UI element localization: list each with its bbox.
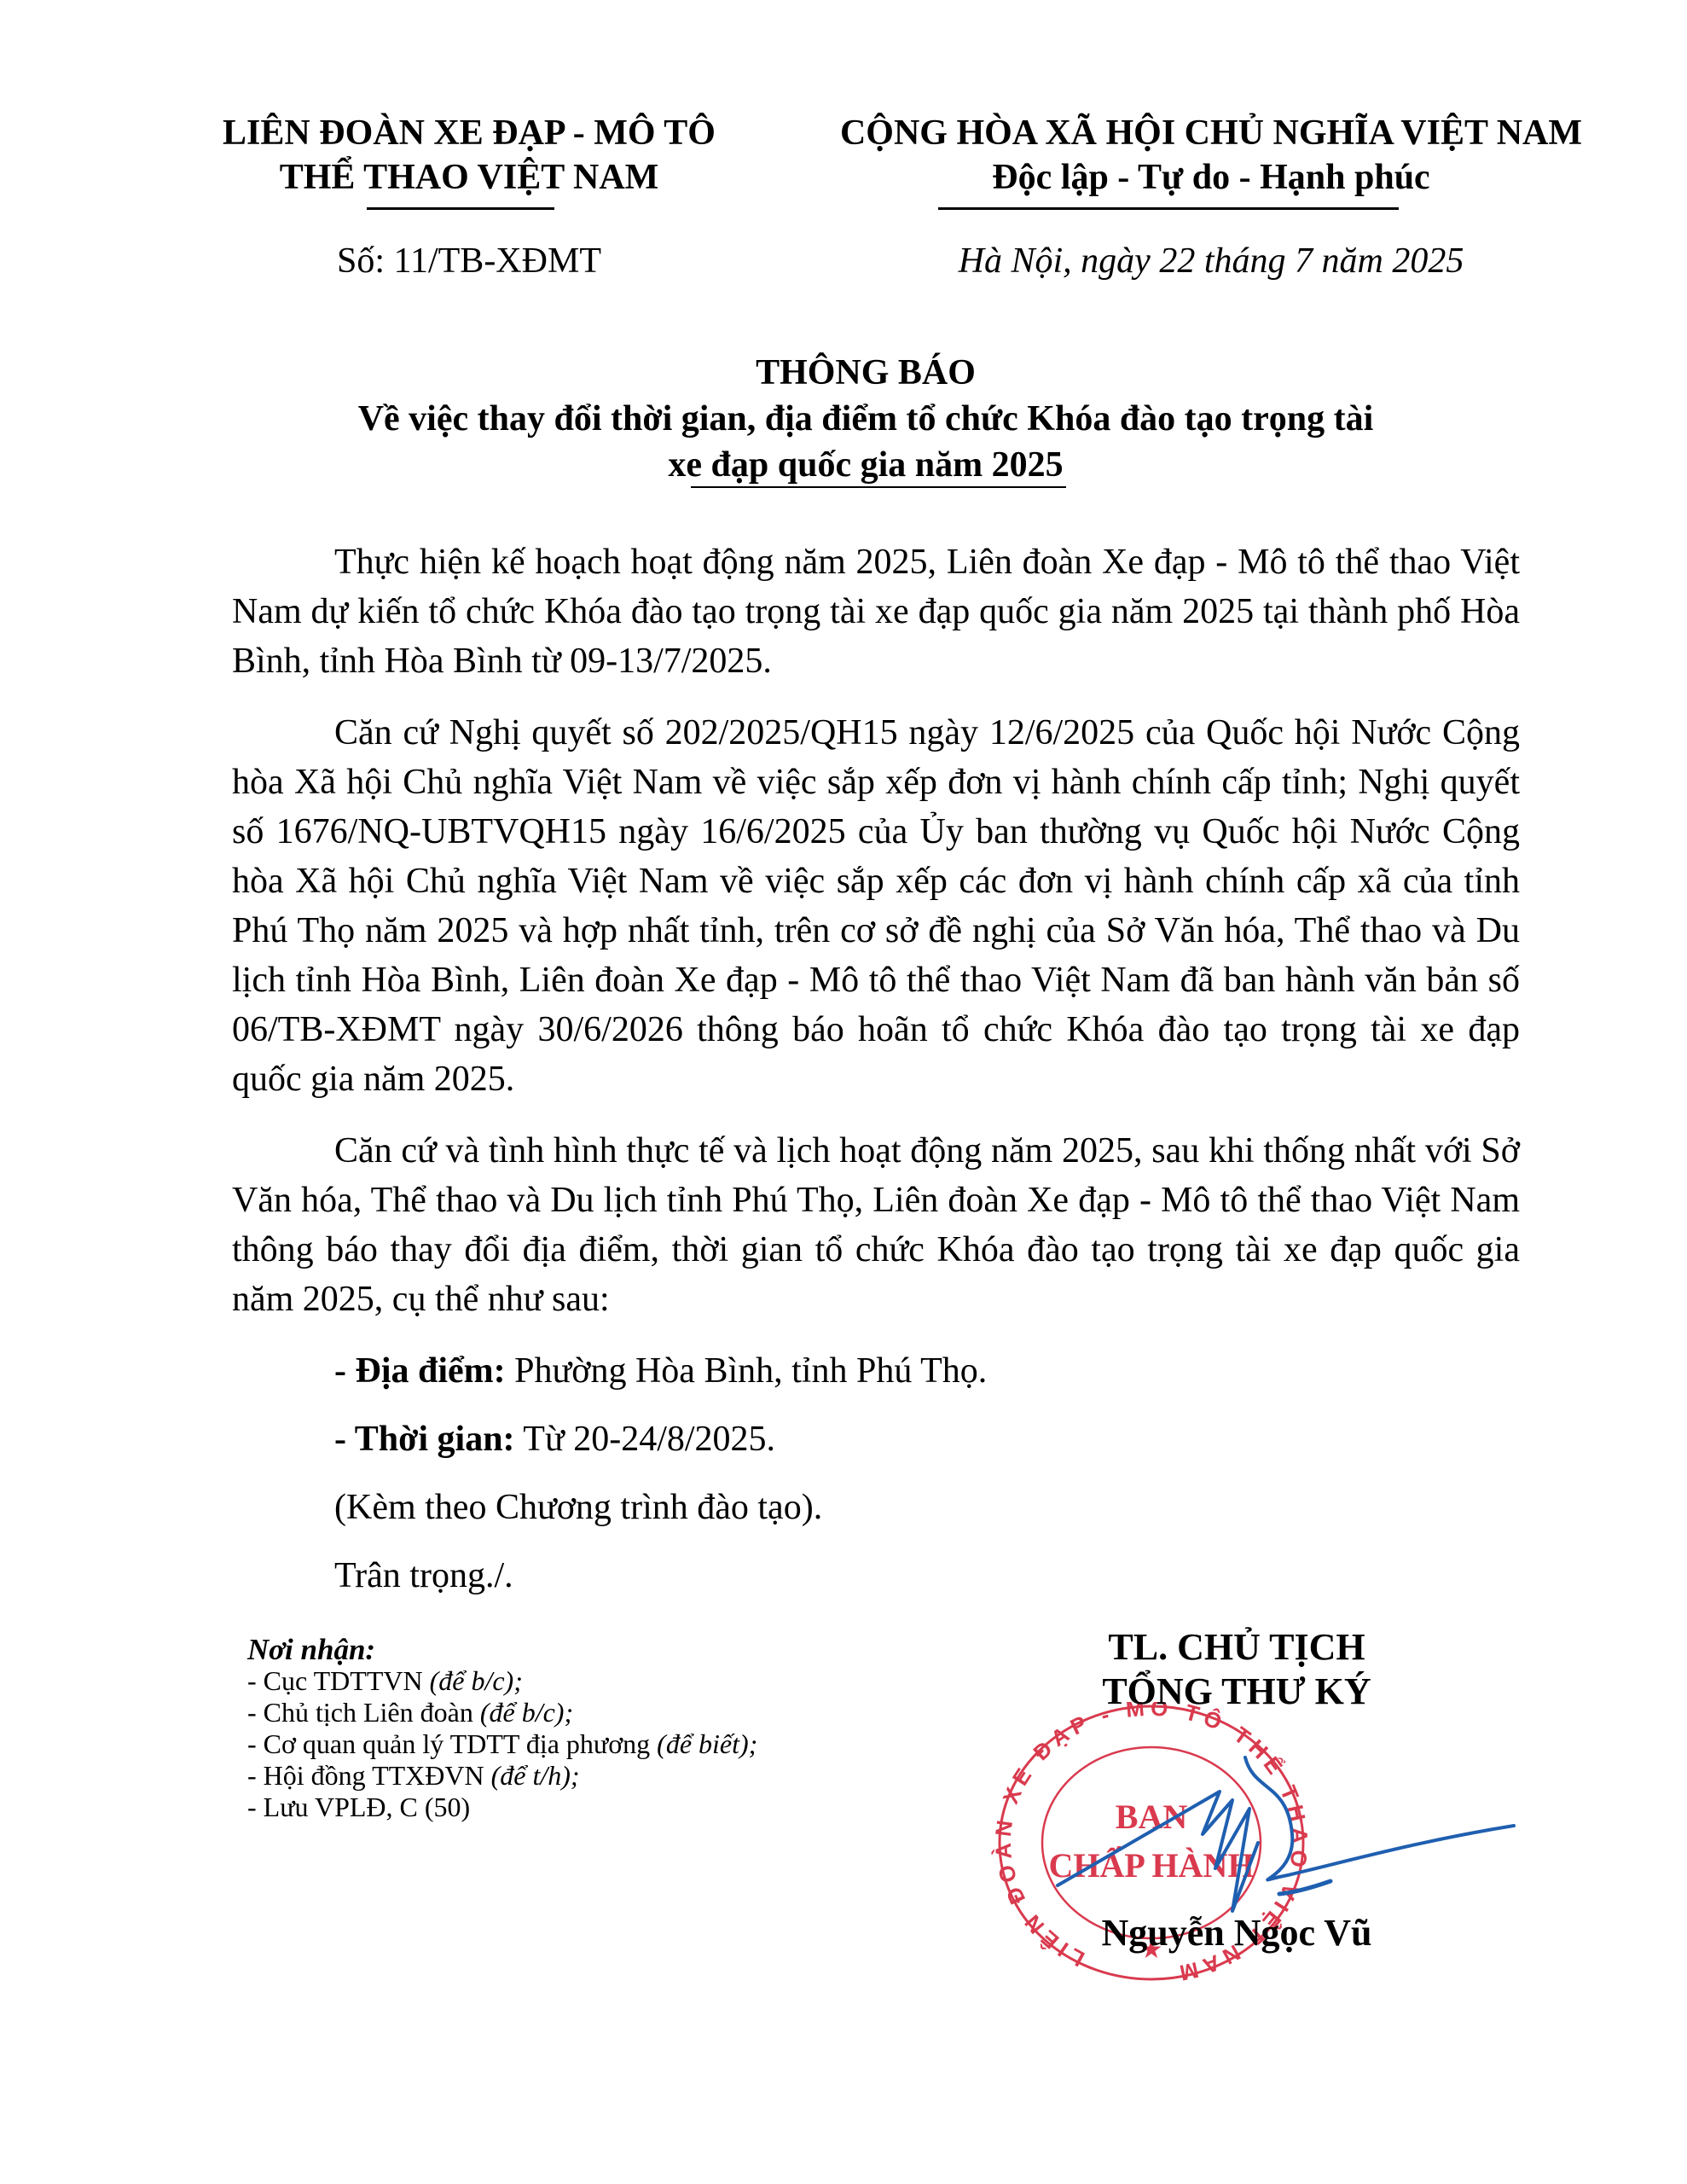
recipient-purpose: (để biết); (657, 1728, 757, 1759)
issuing-organization: LIÊN ĐOÀN XE ĐẠP - MÔ TÔ THỂ THAO VIỆT N… (196, 111, 742, 200)
time-value: Từ 20-24/8/2025. (515, 1420, 775, 1459)
place-and-date: Hà Nội, ngày 22 tháng 7 năm 2025 (785, 241, 1638, 282)
recipient-item: - Cơ quan quản lý TDTT địa phương (để bi… (247, 1728, 896, 1760)
body-paragraph: Thực hiện kế hoạch hoạt động năm 2025, L… (232, 537, 1520, 686)
title-subject-line-1: Về việc thay đổi thời gian, địa điểm tổ … (213, 396, 1518, 442)
recipient-item: - Hội đồng TTXĐVN (để t/h); (247, 1760, 896, 1792)
handwritten-signature-icon (1023, 1740, 1535, 1962)
body-paragraph: Căn cứ và tình hình thực tế và lịch hoạt… (232, 1126, 1520, 1324)
recipient-name: - Cục TDTTVN (247, 1665, 430, 1696)
signature-block: TL. CHỦ TỊCH TỔNG THƯ KÝ (989, 1625, 1484, 1714)
national-motto: Độc lập - Tự do - Hạnh phúc (785, 155, 1638, 200)
signatory-authority: TL. CHỦ TỊCH (989, 1625, 1484, 1670)
location-label: - Địa điểm: (334, 1351, 506, 1391)
body-paragraph: Căn cứ Nghị quyết số 202/2025/QH15 ngày … (232, 708, 1520, 1104)
time-item: - Thời gian: Từ 20-24/8/2025. (232, 1414, 1520, 1464)
recipient-item: - Cục TDTTVN (để b/c); (247, 1665, 896, 1697)
recipient-purpose: (để t/h); (491, 1760, 580, 1791)
location-value: Phường Hòa Bình, tỉnh Phú Thọ. (506, 1351, 988, 1391)
recipient-name: - Hội đồng TTXĐVN (247, 1760, 491, 1791)
attachment-note: (Kèm theo Chương trình đào tạo). (232, 1483, 1520, 1532)
organization-underline (367, 207, 554, 210)
title-heading: THÔNG BÁO (213, 350, 1518, 396)
recipients-heading: Nơi nhận: (247, 1634, 896, 1665)
document-body: Thực hiện kế hoạch hoạt động năm 2025, L… (232, 537, 1520, 1619)
document-number: Số: 11/TB-XĐMT (196, 241, 742, 282)
signatory-position: TỔNG THƯ KÝ (989, 1670, 1484, 1714)
title-subject-line-2: xe đạp quốc gia năm 2025 (213, 442, 1518, 488)
title-underline (691, 486, 1066, 488)
recipients-list: Nơi nhận: - Cục TDTTVN (để b/c); - Chủ t… (247, 1634, 896, 1823)
organization-line-1: LIÊN ĐOÀN XE ĐẠP - MÔ TÔ (196, 111, 742, 155)
recipient-item: - Chủ tịch Liên đoàn (để b/c); (247, 1697, 896, 1728)
motto-underline (938, 207, 1399, 210)
recipient-name: - Lưu VPLĐ, C (50) (247, 1792, 470, 1822)
recipient-name: - Chủ tịch Liên đoàn (247, 1697, 480, 1728)
recipient-purpose: (để b/c); (480, 1697, 573, 1728)
document-title: THÔNG BÁO Về việc thay đổi thời gian, đị… (213, 350, 1518, 488)
location-item: - Địa điểm: Phường Hòa Bình, tỉnh Phú Th… (232, 1346, 1520, 1396)
closing-phrase: Trân trọng./. (232, 1551, 1520, 1600)
nation-name: CỘNG HÒA XÃ HỘI CHỦ NGHĨA VIỆT NAM (785, 111, 1638, 155)
recipient-item: - Lưu VPLĐ, C (50) (247, 1792, 896, 1823)
national-header: CỘNG HÒA XÃ HỘI CHỦ NGHĨA VIỆT NAM Độc l… (785, 111, 1638, 200)
recipient-name: - Cơ quan quản lý TDTT địa phương (247, 1728, 657, 1759)
organization-line-2: THỂ THAO VIỆT NAM (196, 155, 742, 200)
recipient-purpose: (để b/c); (430, 1665, 523, 1696)
time-label: - Thời gian: (334, 1420, 515, 1459)
